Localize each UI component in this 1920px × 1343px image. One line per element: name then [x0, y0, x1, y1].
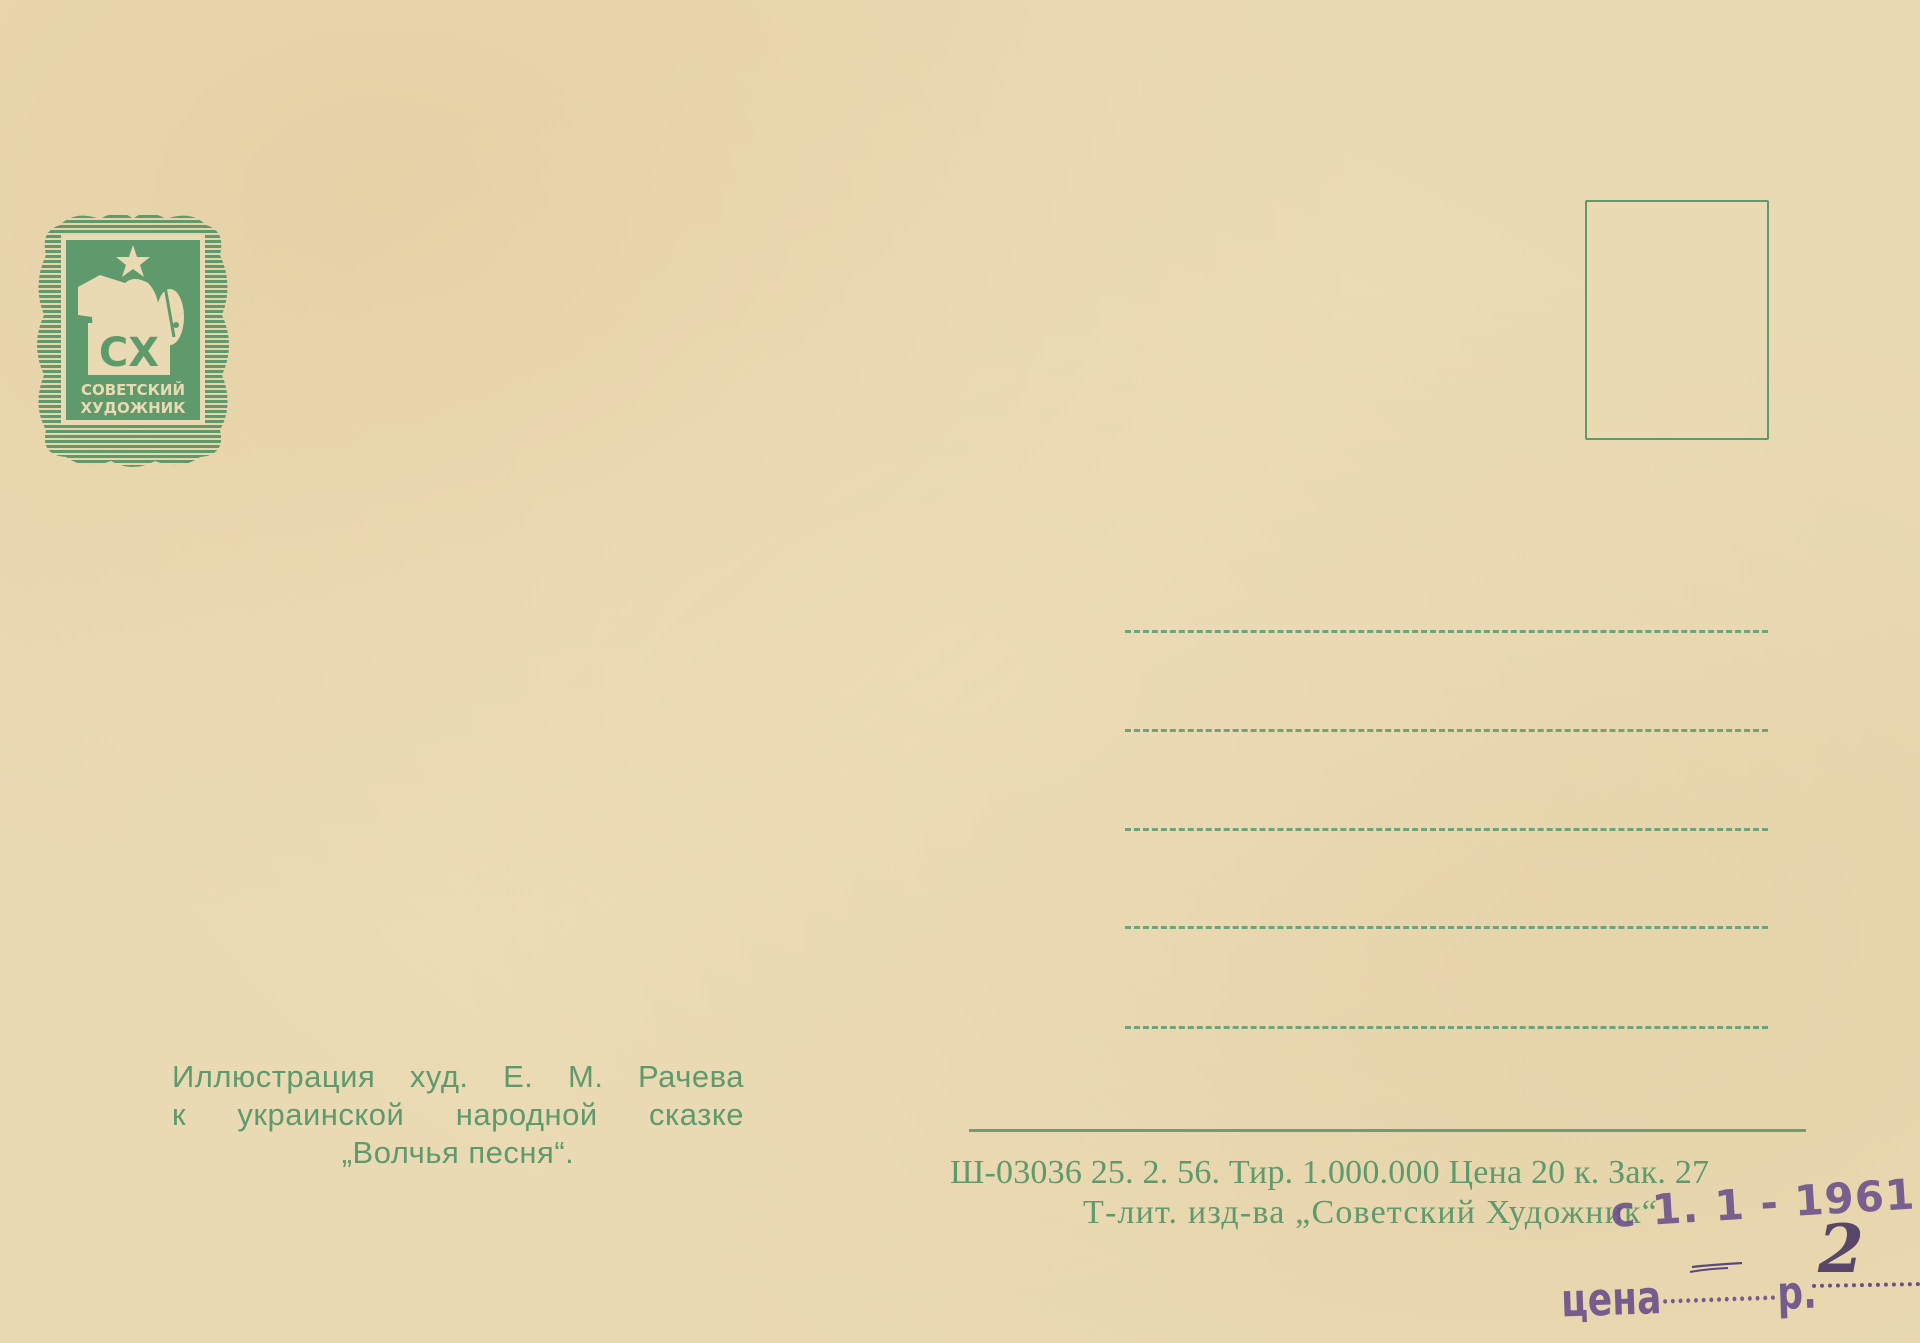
logo-line2: ХУДОЖНИК [81, 399, 187, 417]
imprint-separator-line [969, 1129, 1806, 1132]
imprint-line-1: Ш-03036 25. 2. 56. Тир. 1.000.000 Цена 2… [950, 1152, 1709, 1194]
logo-line1: СОВЕТСКИЙ [81, 380, 185, 399]
illustration-caption: Иллюстрация худ. Е. М. Рачева к украинск… [172, 1058, 744, 1172]
price-dotted-line-2 [1812, 1282, 1920, 1288]
address-line-3 [1125, 828, 1768, 831]
address-line-4 [1125, 926, 1768, 929]
address-line-5 [1125, 1026, 1768, 1029]
caption-line-2: к украинской народной сказке [172, 1096, 744, 1134]
caption-line-3: „Волчья песня“. [172, 1134, 744, 1172]
handwritten-price: 2 [1818, 1210, 1864, 1288]
sovetsky-khudozhnik-emblem-icon: СХ СОВЕТСКИЙ ХУДОЖНИК [30, 205, 236, 473]
postage-stamp-box [1585, 200, 1769, 440]
caption-line-1: Иллюстрация худ. Е. М. Рачева [172, 1058, 744, 1096]
currency-label: р. [1776, 1266, 1817, 1320]
address-line-2 [1125, 729, 1768, 732]
new-price-stamp: ценар. [1560, 1266, 1817, 1328]
price-label: цена [1560, 1272, 1662, 1328]
imprint-line-2: Т-лит. изд-ва „Советский Художник“ [1083, 1192, 1658, 1234]
publisher-logo: СХ СОВЕТСКИЙ ХУДОЖНИК [30, 205, 236, 473]
address-line-1 [1125, 630, 1768, 633]
logo-monogram: СХ [99, 330, 159, 376]
price-dotted-line [1663, 1295, 1775, 1304]
